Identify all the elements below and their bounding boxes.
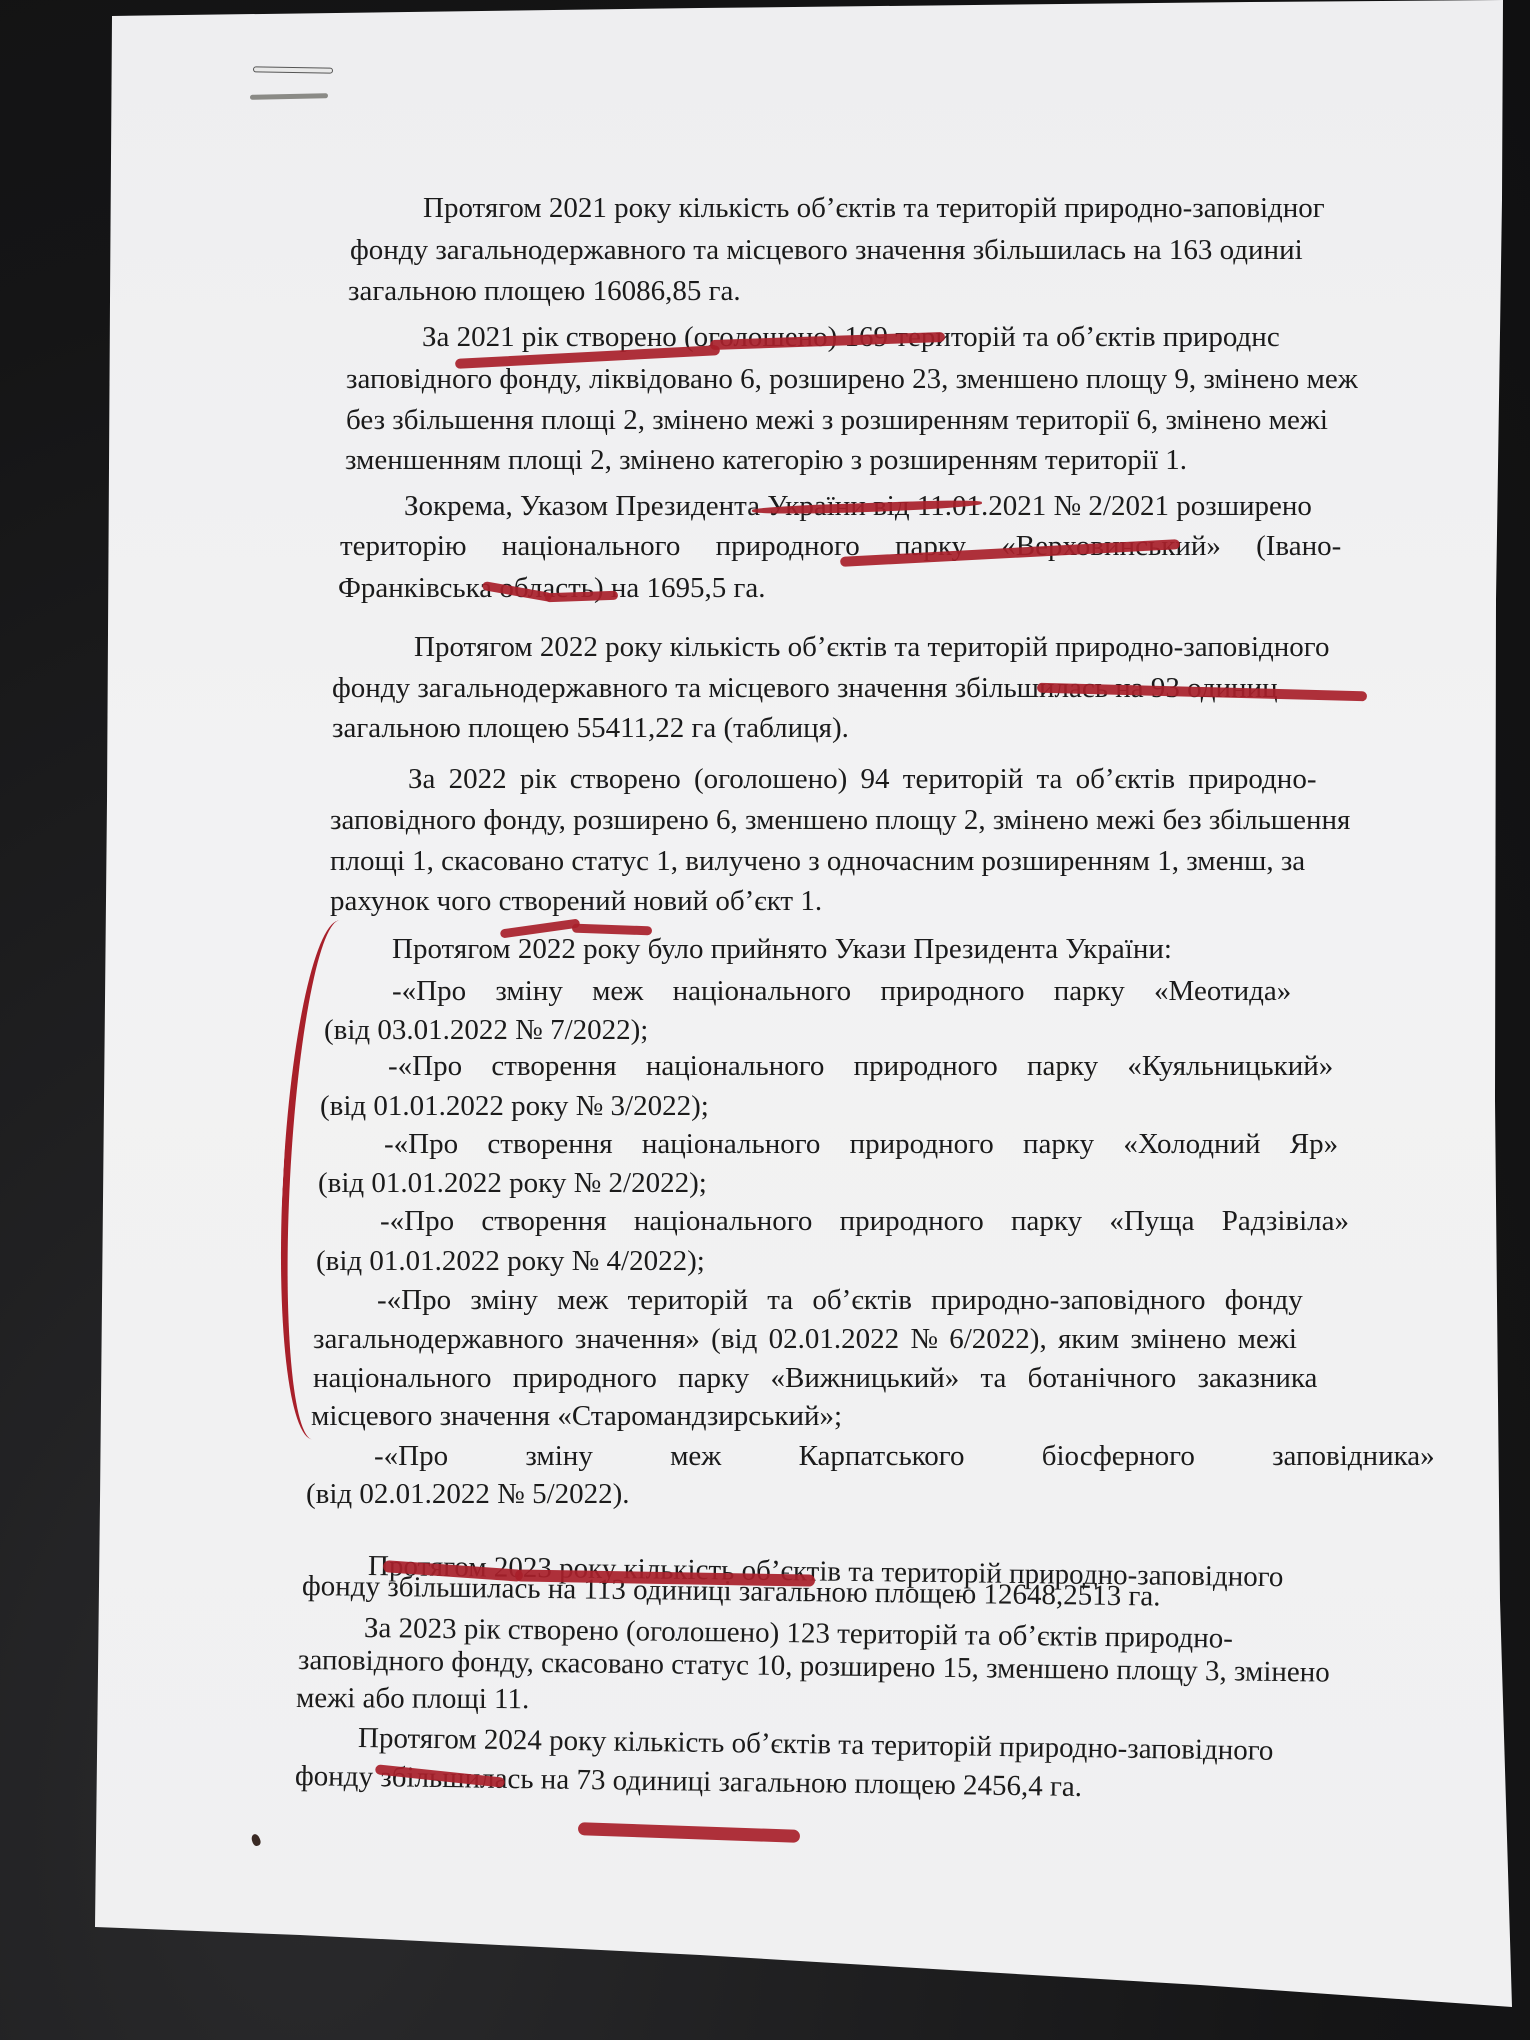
decree-item: (від 02.01.2022 № 5/2022).: [306, 1478, 630, 1511]
paragraph-line: заповідного фонду, розширено 6, зменшено…: [330, 804, 1350, 837]
paragraph-line: За 2022 рік створено (оголошено) 94 тери…: [408, 763, 1316, 796]
decree-item: -«Про зміну меж національного природного…: [392, 975, 1291, 1008]
paragraph-line: без збільшення площі 2, змінено межі з р…: [346, 404, 1328, 437]
paragraph-line: рахунок чого створений новий об’єкт 1.: [330, 885, 822, 918]
decree-item: -«Про зміну меж територій та об’єктів пр…: [377, 1284, 1303, 1317]
paragraph-line: площі 1, скасовано статус 1, вилучено з …: [330, 845, 1305, 878]
decree-item: (від 03.01.2022 № 7/2022);: [324, 1014, 648, 1047]
red-marker-underline: [578, 1822, 800, 1843]
decree-item: загальнодержавного значення» (від 02.01.…: [313, 1323, 1297, 1356]
decree-item: місцевого значення «Старомандзирський»;: [311, 1400, 842, 1433]
paragraph-line: Протягом 2021 року кількість об’єктів та…: [423, 192, 1325, 225]
paragraph-line: Протягом 2024 року кількість об’єктів та…: [358, 1722, 1274, 1768]
paragraph-line: загальною площею 16086,85 га.: [348, 275, 741, 308]
decree-item: (від 01.01.2022 року № 2/2022);: [318, 1167, 707, 1200]
paragraph-line: фонду збільшилась на 73 одиниці загально…: [295, 1760, 1083, 1804]
decree-item: національного природного парку «Вижницьк…: [313, 1362, 1317, 1395]
decree-item: -«Про створення національного природного…: [384, 1128, 1338, 1161]
paragraph-line: заповідного фонду, ліквідовано 6, розшир…: [346, 363, 1358, 396]
document-body: Протягом 2021 року кількість об’єктів та…: [0, 0, 1530, 2040]
decree-item: (від 01.01.2022 року № 3/2022);: [320, 1090, 709, 1123]
paragraph-line: загальною площею 55411,22 га (таблиця).: [332, 712, 849, 745]
paragraph-line: Протягом 2022 року було прийнято Укази П…: [392, 933, 1172, 966]
decree-item: -«Про створення національного природного…: [388, 1050, 1333, 1083]
paragraph-line: фонду загальнодержавного та місцевого зн…: [350, 234, 1456, 267]
decree-item: -«Про створення національного природного…: [380, 1205, 1349, 1238]
decree-item: (від 01.01.2022 року № 4/2022);: [316, 1245, 705, 1278]
paragraph-line: межі або площі 11.: [296, 1682, 529, 1716]
paragraph-line: зменшенням площі 2, змінено категорію з …: [345, 444, 1187, 477]
decree-item: -«Про зміну меж Карпатського біосферного…: [374, 1440, 1435, 1473]
paragraph-line: Протягом 2022 року кількість об’єктів та…: [414, 631, 1329, 664]
